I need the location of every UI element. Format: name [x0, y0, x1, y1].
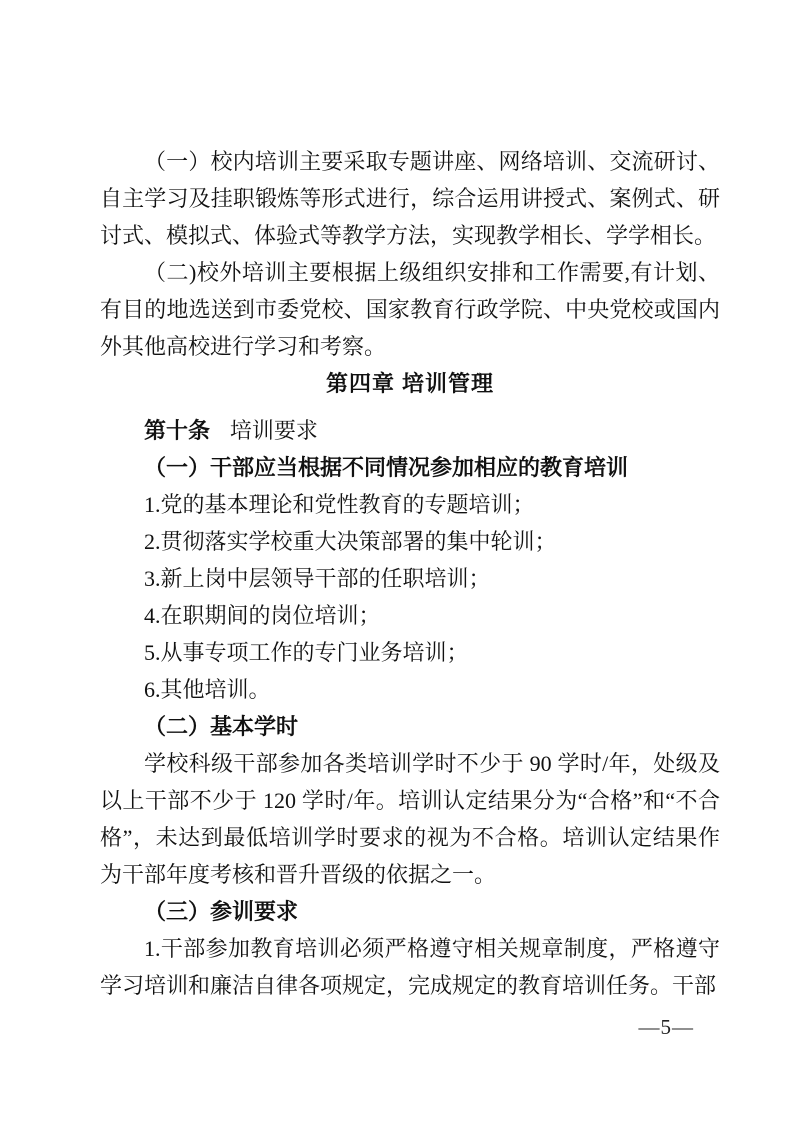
article-line: 第十条培训要求: [100, 412, 720, 449]
list-item: 5.从事专项工作的专门业务培训；: [100, 634, 720, 671]
document-body: （一）校内培训主要采取专题讲座、网络培训、交流研讨、自主学习及挂职锻炼等形式进行…: [100, 143, 720, 1004]
section-heading-training-types: （一）干部应当根据不同情况参加相应的教育培训: [100, 449, 720, 486]
article-title: 培训要求: [230, 418, 318, 443]
section-heading-basic-hours: （二）基本学时: [100, 708, 720, 745]
document-page: （一）校内培训主要采取专题讲座、网络培训、交流研讨、自主学习及挂职锻炼等形式进行…: [0, 0, 794, 1122]
list-item: 4.在职期间的岗位培训；: [100, 597, 720, 634]
section-heading-participation-requirements: （三）参训要求: [100, 893, 720, 930]
paragraph-external-training: （二)校外培训主要根据上级组织安排和工作需要,有计划、有目的地选送到市委党校、国…: [100, 254, 720, 365]
paragraph-participation-requirements: 1.干部参加教育培训必须严格遵守相关规章制度，严格遵守学习培训和廉洁自律各项规定…: [100, 930, 720, 1004]
chapter-heading: 第四章 培训管理: [100, 365, 720, 402]
page-number: —5—: [639, 1012, 695, 1042]
list-item: 1.党的基本理论和党性教育的专题培训；: [100, 486, 720, 523]
paragraph-internal-training: （一）校内培训主要采取专题讲座、网络培训、交流研讨、自主学习及挂职锻炼等形式进行…: [100, 143, 720, 254]
list-item: 2.贯彻落实学校重大决策部署的集中轮训；: [100, 523, 720, 560]
training-type-list: 1.党的基本理论和党性教育的专题培训； 2.贯彻落实学校重大决策部署的集中轮训；…: [100, 486, 720, 708]
article-label: 第十条: [144, 418, 210, 443]
list-item: 6.其他培训。: [100, 671, 720, 708]
paragraph-basic-hours: 学校科级干部参加各类培训学时不少于 90 学时/年，处级及以上干部不少于 120…: [100, 745, 720, 893]
list-item: 3.新上岗中层领导干部的任职培训；: [100, 560, 720, 597]
